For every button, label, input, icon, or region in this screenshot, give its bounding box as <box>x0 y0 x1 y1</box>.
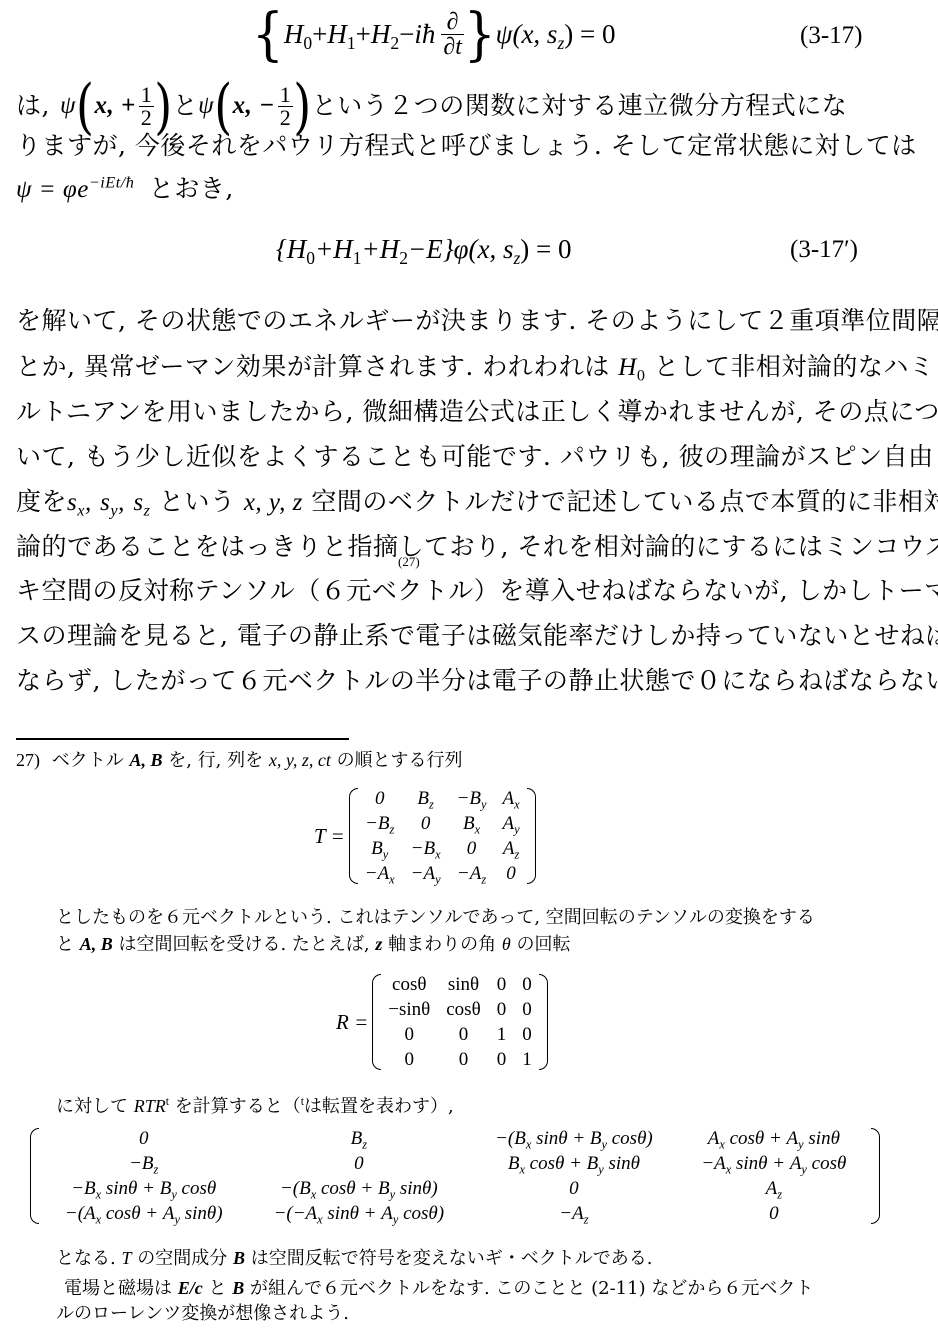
matrix-row: −Bz0BxAy <box>357 811 528 836</box>
theta: θ <box>502 934 511 954</box>
equation-number-3-17: (3-17) <box>800 22 862 50</box>
paragraph2-line3: ルトニアンを用いましたから, 微細構造公式は正しく導かれませんが, その点につ <box>16 397 921 427</box>
matrix-cell: −(−Ax sinθ + Ay cosθ) <box>247 1201 470 1226</box>
xyz: x, y, z <box>244 489 303 516</box>
footnote-27-intro: 27) ベクトル A, B を, 行, 列を x, y, z, ct の順とする… <box>16 748 463 773</box>
text: は空間反転で符号を変えないギ・ベクトルである. <box>251 1248 653 1269</box>
text: は空間回転を受ける. たとえば, <box>118 934 369 955</box>
matrix-cell: 0 <box>438 1022 488 1047</box>
matrix-cell: −By <box>449 786 495 811</box>
matrix-cell: 0 <box>438 1047 488 1072</box>
vectors-ab: A, B <box>80 934 113 954</box>
matrix-cell: −(Bx sinθ + By cosθ) <box>470 1126 677 1151</box>
matrix-row: 0001 <box>380 1047 539 1072</box>
matrix-cell: −Bz <box>40 1151 247 1176</box>
matrix-cell: sinθ <box>438 972 488 997</box>
matrix-cell: 0 <box>489 997 515 1022</box>
text: の順とする行列 <box>337 750 463 771</box>
matrix-cell: −Bz <box>357 811 403 836</box>
text: という <box>159 487 236 516</box>
matrix-cell: 1 <box>489 1022 515 1047</box>
text: を, 行, 列を <box>168 750 263 771</box>
matrix-label: T = <box>314 824 345 849</box>
sx: sx, <box>67 489 92 516</box>
text: が組んで６元ベクトルをなす. このことと (2-11) などから６元ベクト <box>250 1278 813 1299</box>
text: となる. <box>56 1248 116 1269</box>
vector-b: B <box>233 1248 245 1268</box>
paragraph1-line3: ψ = φe−iEt/ħ とおき, <box>16 174 921 205</box>
equation-3-17-prime: {H0+H1+H2−E}φ(x, sz) = 0 <box>276 234 572 265</box>
matrix-R: cosθsinθ00−sinθcosθ0000100001 <box>372 972 547 1072</box>
matrix-cell: 0 <box>403 811 449 836</box>
text: と <box>173 91 199 121</box>
paragraph2-line7: キ空間の反対称テンソル（６元ベクトル）を導入せねばならないが, しかしトーマ <box>16 576 921 606</box>
paren-open: ( <box>214 87 232 126</box>
text: とおき, <box>149 174 234 203</box>
matrix-row: −Bx sinθ + By cosθ−(Bx cosθ + By sinθ)0A… <box>40 1176 870 1201</box>
sz: sz <box>133 489 150 516</box>
vector-b: B <box>232 1278 244 1298</box>
coords: x, y, z, ct <box>269 750 331 770</box>
matrix-cell: 0 <box>489 972 515 997</box>
paragraph2-line9: ならず, したがって６元ベクトルの半分は電子の静止状態で０にならねばならない <box>16 666 921 696</box>
matrix-cell: 0 <box>470 1176 677 1201</box>
text: の回転 <box>516 934 570 955</box>
footnote-last-line1: 電場と磁場は E/c と B が組んで６元ベクトルをなす. このことと (2-1… <box>64 1276 813 1301</box>
text: は, <box>16 91 50 121</box>
fraction-half: 1 2 <box>139 84 155 129</box>
matrix-row: cosθsinθ00 <box>380 972 539 997</box>
matrix-cell: 0 <box>514 1022 540 1047</box>
matrix-cell: 0 <box>247 1151 470 1176</box>
matrix-row: −(Ax cosθ + Ay sinθ)−(−Ax sinθ + Ay cosθ… <box>40 1201 870 1226</box>
text: として非相対論的なハミ <box>654 352 935 381</box>
paragraph2-line4: いて, もう少し近似をよくすることも可能です. パウリも, 彼の理論がスピン自由 <box>16 442 921 472</box>
footnote-divider <box>16 738 349 740</box>
exponent: −iEt/ħ <box>89 173 135 191</box>
matrix-cell: −Ax sinθ + Ay cosθ <box>678 1151 870 1176</box>
psi: ψ <box>496 19 513 50</box>
footnote-last-line2: ルのローレンツ変換が想像されよう. <box>56 1302 349 1326</box>
paragraph1-line2: りますが, 今後それをパウリ方程式と呼びましょう. そして定常状態に対しては <box>16 131 921 161</box>
text: 空間のベクトルだけで記述している点で本質的に非相対 <box>311 487 938 516</box>
matrix-R-equation: R = cosθsinθ00−sinθcosθ0000100001 <box>336 972 548 1072</box>
matrix-cell: Ax cosθ + Ay sinθ <box>678 1126 870 1151</box>
matrix-cell: 0 <box>678 1201 870 1226</box>
matrix-row: −Ax−Ay−Az0 <box>357 861 528 886</box>
text: という２つの関数に対する連立微分方程式にな <box>312 91 848 121</box>
matrix-cell: Bx <box>449 811 495 836</box>
matrix-cell: Bz <box>247 1126 470 1151</box>
paragraph2-line5: 度をsx, sy, sz という x, y, z 空間のベクトルだけで記述してい… <box>16 487 921 518</box>
plus: + <box>312 19 327 50</box>
matrix-row: −Bz0Bx cosθ + By sinθ−Ax sinθ + Ay cosθ <box>40 1151 870 1176</box>
matrix-row: 0Bz−(Bx sinθ + By cosθ)Ax cosθ + Ay sinθ <box>40 1126 870 1151</box>
matrix-row: 0010 <box>380 1022 539 1047</box>
matrix-cell: 0 <box>380 1022 438 1047</box>
matrix-row: By−Bx0Az <box>357 836 528 861</box>
text: 度を <box>16 487 67 516</box>
matrix-cell: −Bx sinθ + By cosθ <box>40 1176 247 1201</box>
matrix-cell: Bz <box>403 786 449 811</box>
footnote-label: 27) <box>16 750 40 770</box>
text: ベクトル <box>52 750 124 771</box>
matrix-cell: −Bx <box>403 836 449 861</box>
paragraph2-line8: スの理論を見ると, 電子の静止系で電子は磁気能率だけしか持っていないとせねば <box>16 621 921 651</box>
arg: x, + <box>94 91 135 121</box>
minus: − <box>399 19 414 50</box>
rtr-expression: RTRt <box>134 1096 169 1116</box>
text: 電場と磁場は <box>64 1278 172 1299</box>
matrix-cell: 0 <box>514 972 540 997</box>
paragraph2-line2: とか, 異常ゼーマン効果が計算されます. われわれは H0 として非相対論的なハ… <box>16 352 921 383</box>
psi-args: (x, sz <box>512 19 564 50</box>
text: とか, 異常ゼーマン効果が計算されます. われわれは <box>16 352 610 381</box>
psi: ψ <box>198 91 214 121</box>
footnote-after-T-line2: と A, B は空間回転を受ける. たとえば, z 軸まわりの角 θ の回転 <box>56 932 570 957</box>
plus: + <box>356 19 371 50</box>
footnote-conclusion: となる. T の空間成分 B は空間反転で符号を変えないギ・ベクトルである. <box>56 1246 652 1271</box>
matrix-row: 0Bz−ByAx <box>357 786 528 811</box>
matrix-cell: −Ax <box>357 861 403 886</box>
psi: ψ <box>60 91 76 121</box>
equals-zero: ) = 0 <box>564 19 615 50</box>
matrix-cell: 1 <box>514 1047 540 1072</box>
matrix-cell: 0 <box>514 997 540 1022</box>
footnote-reference-27[interactable]: (27) <box>398 554 420 570</box>
matrix-cell: Bx cosθ + By sinθ <box>470 1151 677 1176</box>
matrix-cell: cosθ <box>438 997 488 1022</box>
equation-number-3-17-prime: (3-17′) <box>790 236 858 264</box>
paren-close: ) <box>154 87 172 126</box>
matrix-cell: −(Bx cosθ + By sinθ) <box>247 1176 470 1201</box>
matrix-label: R = <box>336 1010 368 1035</box>
matrix-row: −sinθcosθ00 <box>380 997 539 1022</box>
paren-close: ) <box>293 87 311 126</box>
text: 軸まわりの角 <box>388 934 496 955</box>
matrix-cell: cosθ <box>380 972 438 997</box>
brace-close: } <box>464 1 496 68</box>
paragraph1-line1: は, ψ ( x, + 1 2 ) と ψ ( x, − 1 2 ) という２つ… <box>16 76 921 136</box>
matrix-cell: Ax <box>495 786 528 811</box>
matrix-RTRt-result: 0Bz−(Bx sinθ + By cosθ)Ax cosθ + Ay sinθ… <box>30 1126 880 1226</box>
paragraph2-line1: を解いて, その状態でのエネルギーが決まります. そのようにして２重項準位間隔 <box>16 306 921 336</box>
text: と <box>208 1278 226 1299</box>
matrix-cell: −Az <box>470 1201 677 1226</box>
vectors-ab: A, B <box>129 750 162 770</box>
matrix-cell: −(Ax cosθ + Ay sinθ) <box>40 1201 247 1226</box>
paragraph2-line6: 論的であることをはっきりと指摘しており, それを相対論的にするにはミンコウス <box>16 532 921 562</box>
matrix-cell: Az <box>495 836 528 861</box>
h0: H0 <box>618 354 645 381</box>
text: に対して <box>56 1096 128 1117</box>
matrix-T: 0Bz−ByAx−Bz0BxAyBy−Bx0Az−Ax−Ay−Az0 <box>349 786 536 886</box>
matrix-cell: 0 <box>40 1126 247 1151</box>
text: を計算すると（ <box>175 1096 301 1117</box>
brace-open: { <box>252 1 284 68</box>
text: は転置を表わす）, <box>304 1096 454 1117</box>
matrix-cell: Az <box>678 1176 870 1201</box>
matrix-cell: 0 <box>495 861 528 886</box>
text: と <box>56 934 74 955</box>
text: の空間成分 <box>137 1248 227 1269</box>
h0-term: H0 <box>284 19 312 50</box>
matrix-cell: −Ay <box>403 861 449 886</box>
e-over-c: E/c <box>178 1278 203 1298</box>
arg: x, − <box>233 91 275 121</box>
footnote-after-T-line1: としたものを６元ベクトルという. これはテンソルであって, 空間回転のテンソルの… <box>56 906 815 930</box>
matrix-T-equation: T = 0Bz−ByAx−Bz0BxAyBy−Bx0Az−Ax−Ay−Az0 <box>314 786 536 886</box>
matrix-cell: 0 <box>449 836 495 861</box>
fraction-half: 1 2 <box>278 84 294 129</box>
matrix-cell: Ay <box>495 811 528 836</box>
z-axis: z <box>375 934 382 954</box>
h2-term: H2 <box>371 19 399 50</box>
matrix-cell: 0 <box>380 1047 438 1072</box>
matrix-result: 0Bz−(Bx sinθ + By cosθ)Ax cosθ + Ay sinθ… <box>30 1126 880 1226</box>
formula: ψ = φe <box>16 176 89 203</box>
footnote-rtr-line: に対して RTRt を計算すると（tは転置を表わす）, <box>56 1094 454 1119</box>
sy: sy, <box>100 489 125 516</box>
matrix-cell: By <box>357 836 403 861</box>
i-hbar: iħ <box>414 19 435 50</box>
paren-open: ( <box>76 87 94 126</box>
matrix-cell: 0 <box>357 786 403 811</box>
matrix-cell: −Az <box>449 861 495 886</box>
matrix-cell: −sinθ <box>380 997 438 1022</box>
equation-3-17: { H0 + H1 + H2 − iħ ∂ ∂t } ψ (x, sz ) = … <box>252 4 615 64</box>
matrix-cell: 0 <box>489 1047 515 1072</box>
partial-derivative: ∂ ∂t <box>441 10 464 59</box>
h1-term: H1 <box>327 19 355 50</box>
matrix-T-ref: T <box>121 1248 131 1268</box>
